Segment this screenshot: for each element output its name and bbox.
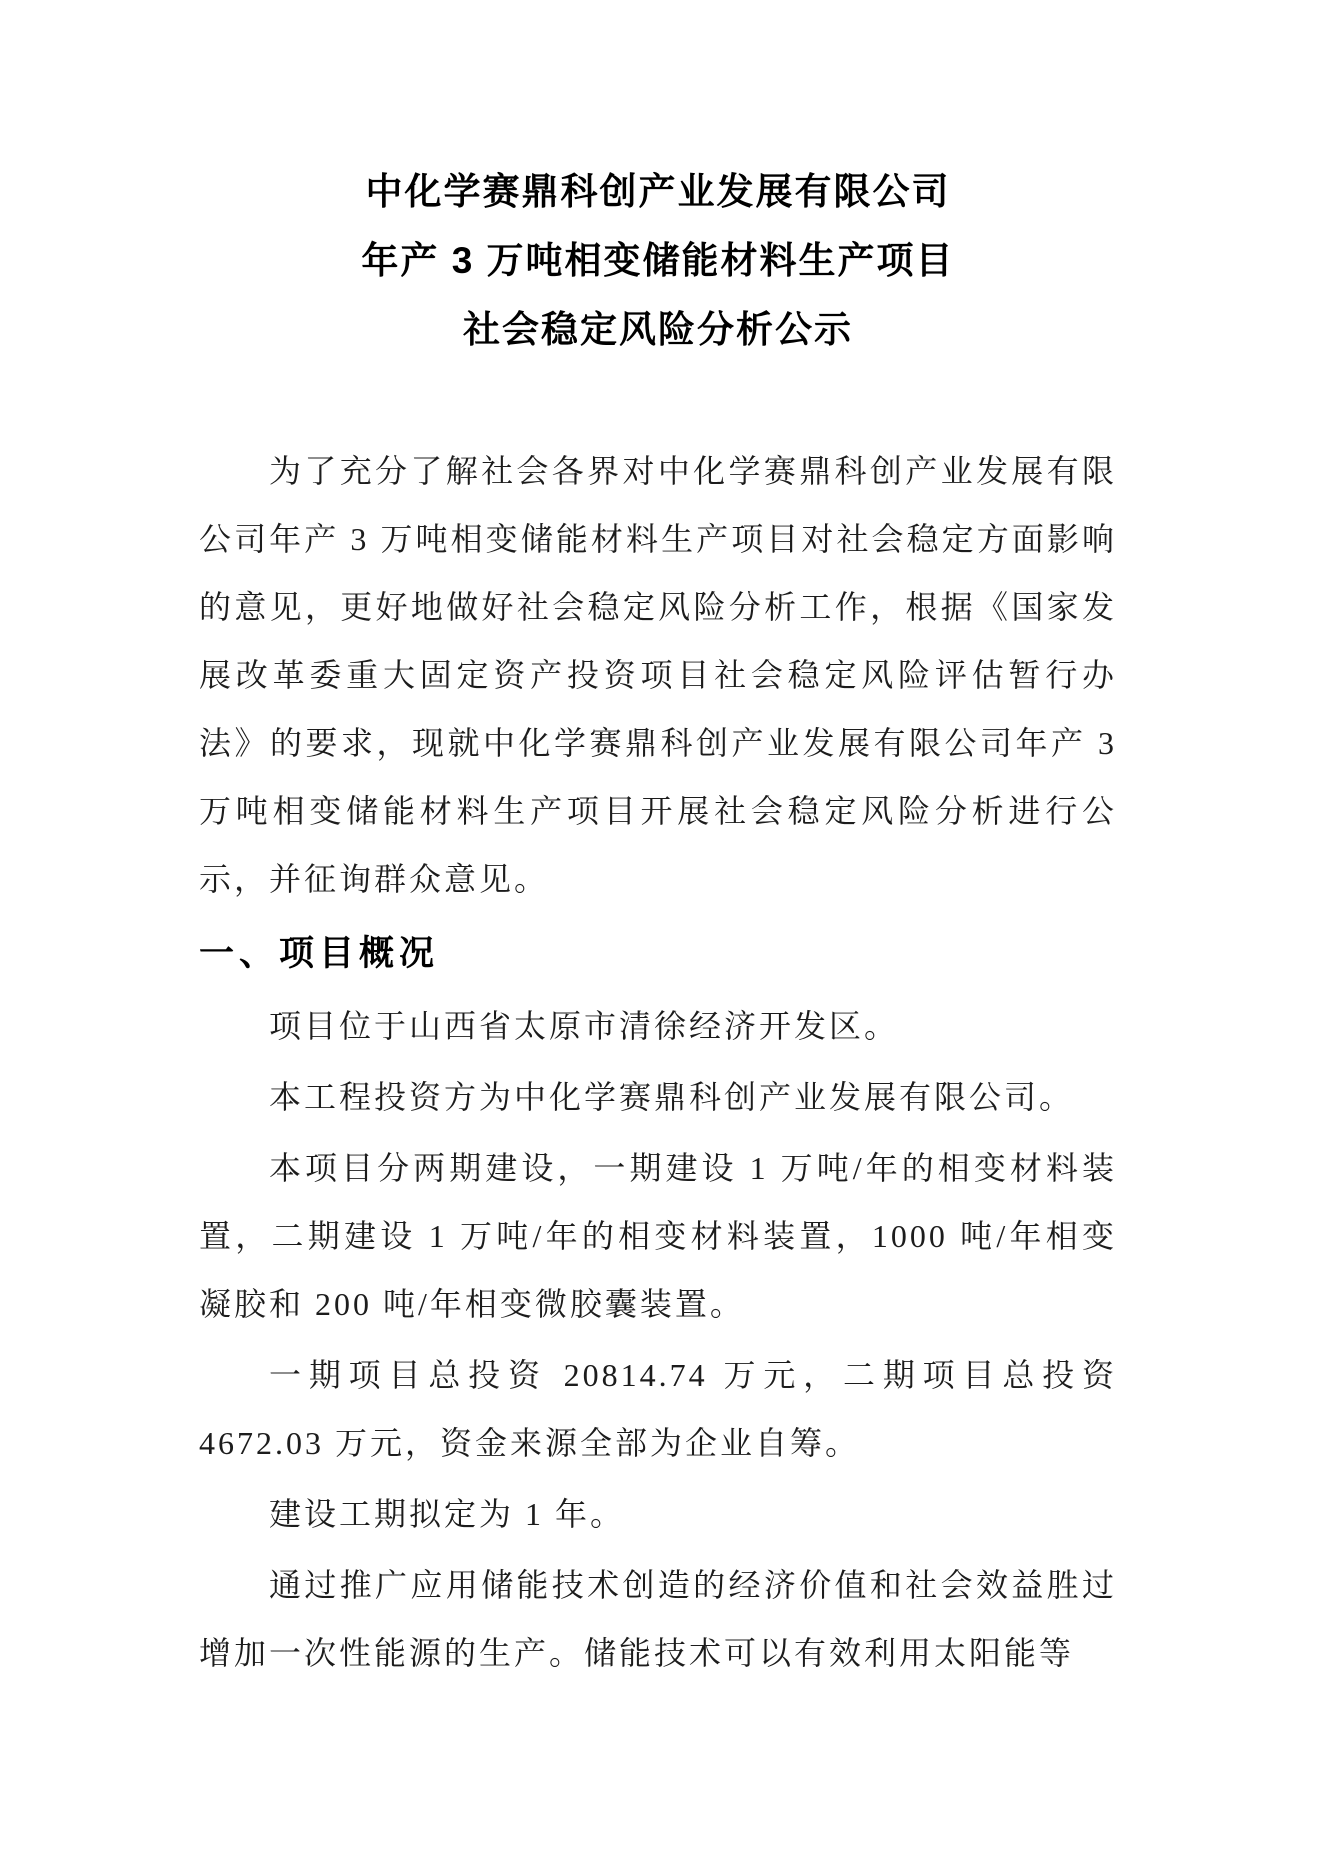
paragraph-investment: 一期项目总投资 20814.74 万元，二期项目总投资 4672.03 万元，资…	[199, 1341, 1117, 1477]
paragraph-intro: 为了充分了解社会各界对中化学赛鼎科创产业发展有限公司年产 3 万吨相变储能材料生…	[199, 437, 1117, 913]
title-line-company: 中化学赛鼎科创产业发展有限公司	[199, 157, 1117, 226]
title-line-notice: 社会稳定风险分析公示	[199, 295, 1117, 364]
paragraph-location: 项目位于山西省太原市清徐经济开发区。	[199, 992, 1117, 1060]
section-heading-project-overview: 一、项目概况	[199, 920, 1117, 988]
paragraph-energy-storage-benefits: 通过推广应用储能技术创造的经济价值和社会效益胜过增加一次性能源的生产。储能技术可…	[199, 1551, 1117, 1687]
title-line-project: 年产 3 万吨相变储能材料生产项目	[199, 226, 1117, 295]
document-body: 为了充分了解社会各界对中化学赛鼎科创产业发展有限公司年产 3 万吨相变储能材料生…	[199, 437, 1117, 1687]
paragraph-construction-period: 建设工期拟定为 1 年。	[199, 1480, 1117, 1548]
document-page: 中化学赛鼎科创产业发展有限公司 年产 3 万吨相变储能材料生产项目 社会稳定风险…	[0, 0, 1322, 1870]
paragraph-investor: 本工程投资方为中化学赛鼎科创产业发展有限公司。	[199, 1063, 1117, 1131]
document-title: 中化学赛鼎科创产业发展有限公司 年产 3 万吨相变储能材料生产项目 社会稳定风险…	[199, 157, 1117, 364]
paragraph-phases: 本项目分两期建设，一期建设 1 万吨/年的相变材料装置，二期建设 1 万吨/年的…	[199, 1134, 1117, 1338]
